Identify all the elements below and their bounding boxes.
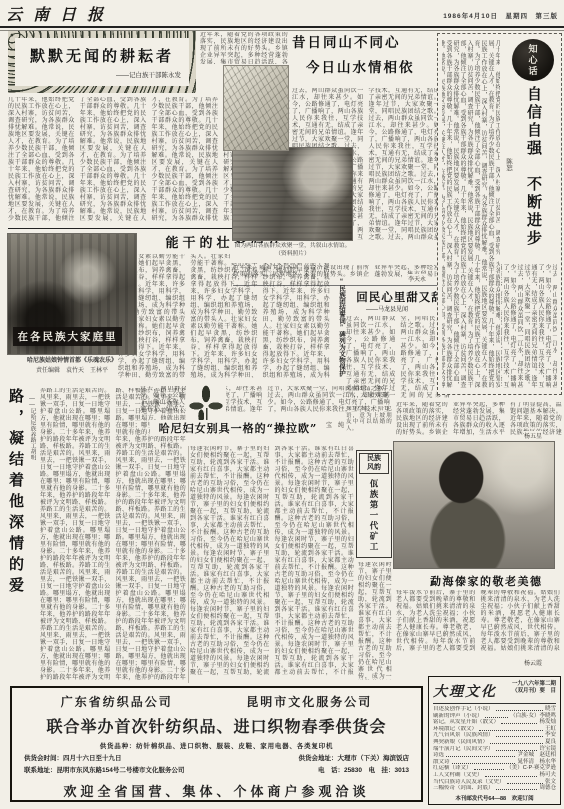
article1-headline: 默默无闻的耕耘者 <box>15 38 189 66</box>
toc-entry-author: 夏良 <box>545 739 556 746</box>
column-rule-1 <box>188 446 189 683</box>
dateline: 1986年4月10日 星期四 第三版 <box>360 11 558 20</box>
toc-entry: 工人文村确（文史）杨可夫 <box>433 772 556 779</box>
toc-dotted-leader <box>485 717 509 718</box>
toc-entry-title: 散文诗 <box>433 759 450 766</box>
article1-sketch-illustration <box>224 66 288 150</box>
column-seal-label: 知心话 <box>527 44 540 77</box>
article3-vertical-body-2: 过去，两山群众虽同饮一江水，却往来甚少。如今，公路修通了，电灯亮了，广播响了，两… <box>501 264 557 388</box>
toc-entry-title: 诗选 <box>433 752 444 759</box>
article1-frame-inner: 默默无闻的耕耘者 ——记白族干部陈永发 <box>15 38 189 86</box>
toc-entry-author: 尹金城 赵廷相 <box>517 752 556 759</box>
masthead-title: 云南日报 <box>6 2 114 25</box>
family-photo-caption-block: 哈尼族姑娘钟情首都《乐魂农乐》 责任编辑 袁竹天 王林平 <box>8 358 136 375</box>
toc-entry-author: 晓雪 <box>545 706 556 713</box>
toc-entry: 自述及创作手记（小说）晓雪 <box>433 706 556 713</box>
ad-time-venue-row: 供货会时间：四月十六日至十九日 供货会地址：大理市（下关）海滨饭店 <box>24 753 409 762</box>
journal-title: 大理文化 <box>433 681 497 701</box>
elder-respect-photo <box>394 442 554 568</box>
article1-subtitle: ——记白族干部陈永发 <box>15 70 189 79</box>
journal-header: 大理文化 一九八六年第二期 （双月刊）要 目 <box>433 681 556 704</box>
ad-contact-row: 联系地址：昆明市东风东路154号二号楼市文化服务公司 电 话：25830 电 挂… <box>24 765 409 774</box>
folk-box-label: 民族 风韵 <box>359 453 389 474</box>
article2-headline-line2: 今日山水情相依 <box>292 56 440 76</box>
toc-entry-title: 环境散记（散文） <box>433 726 477 733</box>
article1-decorative-frame: 默默无闻的耕耘者 ——记白族干部陈永发 <box>8 31 196 93</box>
toc-entry-title: 典契新娘（民间风情） <box>433 739 488 746</box>
ad-products-line: 供货品种：纺针棉织品、进口织物、服装、皮鞋、家用电器、各类复印机 <box>24 741 409 750</box>
ad-company-right: 昆明市文化服务公司 <box>246 693 372 710</box>
toc-entry-title: 九气台风景（民族风情） <box>433 732 494 739</box>
toc-dotted-leader <box>496 710 543 711</box>
toc-entry: 当代白族诗人民友录（文史）张文 <box>433 779 556 786</box>
article7-body: 每逢农闲时节，寨子里的妇女们便相约聚在一起，互帮互助，轮流到各家干活。谁家有红白… <box>190 446 354 683</box>
advice-column-box: 知心话 几十年来，他始终把党的民族工作放在心上，深入村寨，访贫问苦，调查研究，为… <box>437 33 562 395</box>
toc-dotted-leader <box>496 789 538 790</box>
newspaper-page: 云南日报 1986年4月10日 星期四 第三版 默默无闻的耕耘者 ——记白族干部… <box>0 0 564 809</box>
folk-box: 民族 风韵 佤族第一代矿工 <box>356 450 392 558</box>
toc-entry-author: 李安 <box>545 732 556 739</box>
article2-photo-caption: 图为两山各族群众欢聚一堂，共叙山水情谊。（资料照片） <box>231 243 354 263</box>
toc-dotted-leader <box>490 743 543 744</box>
folk-box-title: 佤族第一代矿工 <box>368 478 380 554</box>
article3-vertical-headline: 自信自强 不断进步 <box>524 86 545 258</box>
ad-companies-row: 广东省纺织品公司 昆明市文化服务公司 <box>24 693 409 710</box>
article4-end-author: 宝 纯 <box>326 420 344 429</box>
article7-side-note: 操拉欧：哈尼语，意为上坡朋友中可以结婚的人。 <box>346 406 392 446</box>
ad-contact: 联系地址：昆明市东风东路154号二号楼市文化服务公司 <box>24 765 184 774</box>
toc-entry: 典契新娘（民间风情）夏良 <box>433 739 556 746</box>
toc-dotted-leader <box>474 769 505 770</box>
article9-headline: 勐海傣家的敬老美德 <box>430 573 560 589</box>
article7-last-column: 每逢农闲时节，寨子里的妇女们便相约聚在一起，互帮互助，轮流到各家干活。谁家有红白… <box>358 562 392 680</box>
journal-subtitle: （双月刊）要 目 <box>512 688 556 695</box>
toc-entry-author: 杨发灿 <box>539 719 556 726</box>
toc-entry-title: 刷新的钟声（小说） <box>433 713 483 720</box>
folk-box-label-line1: 民族 <box>360 455 388 464</box>
toc-entry-author: 杨可夫 <box>539 772 556 779</box>
toc-entry-title: 红运横（译文） <box>433 765 472 772</box>
toc-entry: 刷新的钟声（小说）（白族·女）李晓鸣 <box>433 713 556 720</box>
toc-dotted-leader <box>446 756 515 757</box>
toc-entry: 三幅传奇（封面、封底）周德仓 <box>433 785 556 792</box>
ad-time: 供货会时间：四月十六日至十九日 <box>24 753 122 762</box>
article2-headline-line1: 昔日同山不同心 <box>292 31 440 51</box>
family-photo-caption-2: 责任编辑 袁竹天 王林平 <box>8 368 136 376</box>
article6-vertical-headline: 路，凝结着他深情的爱 <box>6 388 27 684</box>
family-photo-caption-1: 哈尼族姑娘钟情首都《乐魂农乐》 <box>8 358 136 366</box>
toc-entry-title: 当代白族诗人民友录（文史） <box>433 779 505 786</box>
column-seal-icon: 知心话 <box>512 39 554 81</box>
journal-issue-block: 一九八六年第二期 （双月刊）要 目 <box>512 681 556 695</box>
toc-dotted-leader <box>496 750 538 751</box>
toc-dotted-leader <box>507 783 543 784</box>
toc-dotted-leader <box>452 763 516 764</box>
toc-entry-author: （美）C·P·赛克罗逊 <box>506 765 556 772</box>
toc-dotted-leader <box>496 736 543 737</box>
article9-body: 每年泼水节前后，寨子里的老人都要受到晚辈的尊敬和祝福。姑娘们挑来清清的泉水，为老… <box>396 590 560 656</box>
toc-dotted-leader <box>479 730 543 731</box>
article2-author: 李天永 <box>408 274 426 283</box>
article3-vertical-body-1: 几十年来，他始终把党的民族工作放在心上，深入村寨，访贫问苦，调查研究，为各族群众… <box>442 40 500 388</box>
toc-entry: 红运横（译文）（美）C·P·赛克罗逊 <box>433 765 556 772</box>
article9-author: 杨云霞 <box>524 658 542 667</box>
toc-entry: 诗选尹金城 赵廷相 <box>433 752 556 759</box>
ad-company-left: 广东省纺织品公司 <box>61 693 173 710</box>
toc-entry-title: 端午演月记（民间文学） <box>433 746 494 753</box>
header-rule-thick <box>0 26 564 28</box>
ad-footer: 欢迎全省国营、集体、个体商户参观洽谈 <box>24 781 409 800</box>
journal-issue: 一九八六年第二期 <box>512 681 556 688</box>
toc-entry-title: 三幅传奇（封面、封底） <box>433 785 494 792</box>
ad-venue: 供货会地址：大理市（下关）海滨饭店 <box>299 753 410 762</box>
advertisement-box: 广东省纺织品公司 昆明市文化服务公司 联合举办首次针纺织品、进口织物春季供货会 … <box>10 686 423 802</box>
article8-headline: 回民心里甜又甜 <box>350 289 450 305</box>
toc-dotted-leader <box>501 723 537 724</box>
article2-headline-block: 昔日同山不同心 今日山水情相依 <box>292 31 440 76</box>
article4-body: 壮家妇女素以勤劳能干著称。她们起早贪黑，纺纱织布，饲养禽畜，栽秧打谷，样样拿得起… <box>118 254 330 382</box>
toc-entry: 铭记，从发星开始（散文）杨发灿 <box>433 719 556 726</box>
toc-dotted-leader <box>485 776 538 777</box>
journal-toc-box: 大理文化 一九八六年第二期 （双月刊）要 目 自述及创作手记（小说）晓雪刷新的钟… <box>428 676 561 805</box>
article6-vertical-subtitle: ——记哈尼族养路工胡明 <box>28 396 37 576</box>
toc-entry-title: 铭记，从发星开始（散文） <box>433 719 499 726</box>
ad-headline: 联合举办首次针纺织品、进口织物春季供货会 <box>24 714 409 737</box>
article3-author: 陈恕 <box>504 158 513 171</box>
photo-overlay-label: 在各民族大家庭里 <box>13 327 122 346</box>
toc-entry: 环境散记（散文）王虹 <box>433 726 556 733</box>
article3-end-author: 杨五星 <box>524 431 542 440</box>
toc-entry-author: 周德仓 <box>539 785 556 792</box>
toc-entry-title: 自述及创作手记（小说） <box>433 706 494 713</box>
journal-toc-list: 自述及创作手记（小说）晓雪刷新的钟声（小说）（白族·女）李晓鸣铭记，从发星开始（… <box>433 706 556 792</box>
article7-headline: 哈尼妇女别具一格的“操拉欧” <box>150 420 326 436</box>
article2-photo <box>233 148 352 240</box>
journal-footer: 本刊邮发代号64—88 欢迎订阅 <box>433 794 556 802</box>
folk-box-label-line2: 风韵 <box>360 464 388 473</box>
toc-entry: 九气台风景（民族风情）李安 <box>433 732 556 739</box>
ad-phone: 电 话：25830 电 挂：3013 <box>318 765 409 774</box>
family-photo: 在各民族大家庭里 <box>8 234 136 354</box>
article1-lead-column: 近年来，随着党的各项政策的落实，民族地区的经济建设出现了前所未有的好势头。乡镇企… <box>200 32 288 64</box>
toc-entry-title: 工人文村确（文史） <box>433 772 483 779</box>
